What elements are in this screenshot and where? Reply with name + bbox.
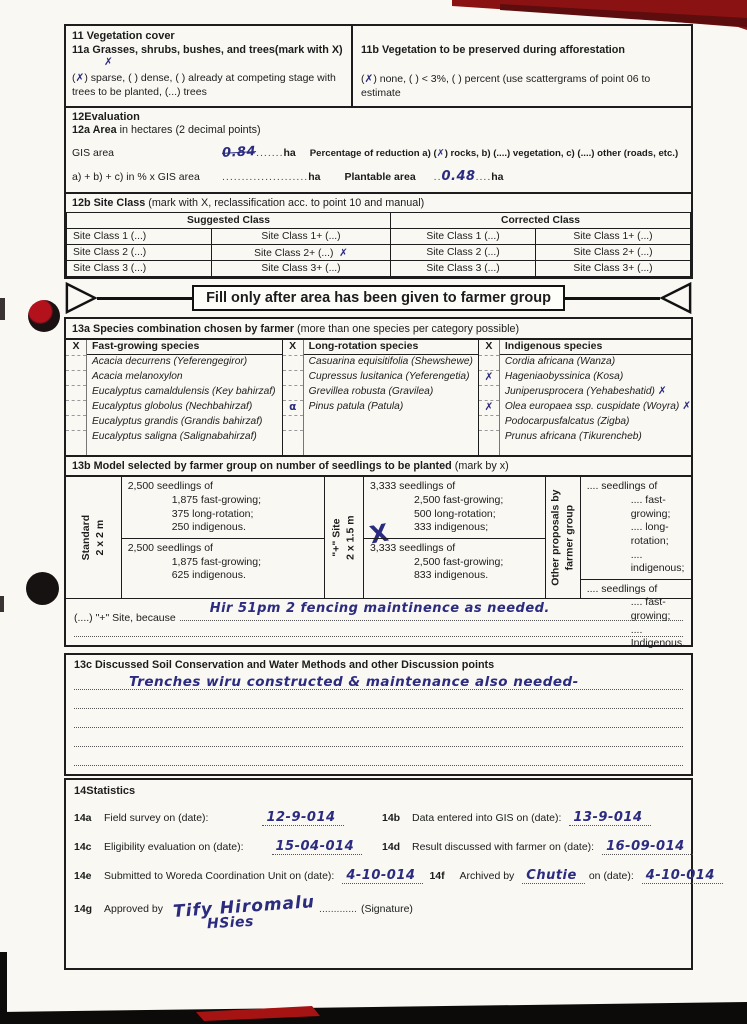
- standard-column-label: Standard2 x 2 m: [66, 477, 122, 598]
- species-row: Acacia decurrens (Yeferengegiror): [87, 355, 282, 370]
- model-line: .... seedlings of: [587, 583, 685, 597]
- species-row: Prunus africana (Tikurencheb): [500, 430, 691, 445]
- stats-row-ab: 14a Field survey on (date): 12-9-014 14b…: [74, 810, 683, 826]
- handwritten-date-14f: 4-10-014: [642, 868, 723, 884]
- site-class-cell: Site Class 1 (...): [391, 229, 536, 245]
- section-11-title: 11 Vegetation cover: [72, 30, 345, 42]
- indigenous-group: X ✗ ✗ Indigenous species Cordia africana…: [478, 340, 691, 455]
- x-column: X: [66, 340, 87, 455]
- species-row: Hageniaobyssinica (Kosa): [500, 370, 691, 385]
- section-12a-evaluation: 12Evaluation 12a Area in hectares (2 dec…: [66, 106, 691, 192]
- label-bold: 12a Area: [72, 124, 117, 136]
- site-class-cell: Site Class 3+ (...): [535, 261, 690, 277]
- gis-area-label: GIS area: [72, 147, 222, 159]
- species-name: Podocarpusfalcatus (Zigba): [505, 416, 630, 427]
- x-header: X: [283, 340, 303, 355]
- model-line: 375 long-rotation;: [128, 508, 318, 522]
- reduction-label-rest: ) rocks, b) (....) vegetation, c) (....)…: [445, 148, 678, 159]
- signature-block: Tify Hiromalu HSies: [173, 897, 315, 931]
- section-12-title: 12Evaluation: [72, 111, 685, 123]
- species-row: Eucalyptus grandis (Grandis bahirzaf): [87, 415, 282, 430]
- left-bottom-scan-strip: [0, 952, 7, 1024]
- section-11-vegetation-cover: 11 Vegetation cover 11a Grasses, shrubs,…: [66, 26, 691, 106]
- species-name: Eucalyptus globolus (Nechbahirzaf): [92, 401, 252, 412]
- afforestation-form: 11 Vegetation cover 11a Grasses, shrubs,…: [64, 24, 693, 970]
- other-proposals-cells: .... seedlings of .... fast-growing; ...…: [581, 477, 691, 598]
- species-table: X Fast-growing species Acacia decurrens …: [66, 338, 691, 455]
- reduction-line: Percentage of reduction a) (✗) rocks, b)…: [310, 148, 678, 159]
- x-header: X: [479, 340, 499, 355]
- model-line: 333 indigenous;: [370, 521, 539, 535]
- standard-model-cells: 2,500 seedlings of 1,875 fast-growing; 3…: [122, 477, 325, 598]
- species-mark: ✗: [484, 401, 493, 413]
- field-12b-label: 12b Site Class (mark with X, reclassific…: [66, 194, 691, 212]
- species-names: Indigenous species Cordia africana (Wanz…: [500, 340, 691, 455]
- species-name: Cupressus lusitanica (Yeferengetia): [309, 371, 470, 382]
- discussion-line-3: [74, 709, 683, 728]
- because-fill-line: Hir 51pm 2 fencing maintinence as needed…: [180, 605, 683, 621]
- site-class-cell: Site Class 3 (...): [391, 261, 536, 277]
- field-13a-label: 13a Species combination chosen by farmer…: [66, 319, 691, 338]
- discussion-line-2: [74, 690, 683, 709]
- x-cell: [283, 370, 303, 385]
- handwritten-signature-2: HSies: [207, 914, 255, 932]
- field-11a-options: (✗) sparse, ( ) dense, ( ) already at co…: [72, 71, 345, 99]
- model-line: 2,500 seedlings of: [128, 480, 318, 494]
- plus-site-model-cells: X 3,333 seedlings of 2,500 fast-growing;…: [364, 477, 546, 598]
- rot-label-line: 2 x 2 m: [93, 515, 107, 561]
- suggested-class-header: Suggested Class: [67, 213, 391, 229]
- stat-number: 14c: [74, 841, 104, 853]
- dotted-leader: ......................: [222, 171, 308, 183]
- corrected-class-header: Corrected Class: [391, 213, 691, 229]
- model-line: 2,500 fast-growing;: [370, 556, 539, 570]
- x-cell: [283, 430, 303, 445]
- site-class-label: Site Class 2+ (...): [254, 248, 333, 259]
- species-row: Casuarina equisitifolia (Shewshewe): [304, 355, 478, 370]
- stat-14a: 14a Field survey on (date): 12-9-014: [74, 810, 382, 826]
- discussion-line-5: [74, 747, 683, 766]
- table-header-row: Suggested Class Corrected Class: [67, 213, 691, 229]
- species-row: Eucalyptus globolus (Nechbahirzaf): [87, 400, 282, 415]
- handwritten-archived-by: Chutie: [522, 868, 585, 884]
- table-row: Site Class 2 (...) Site Class 2+ (...) ✗…: [67, 245, 691, 261]
- field-11b-label: 11b Vegetation to be preserved during af…: [361, 44, 683, 56]
- fast-growing-group: X Fast-growing species Acacia decurrens …: [66, 340, 282, 455]
- rot-label-line: Other proposals by: [549, 490, 563, 586]
- label-rest: in hectares (2 decimal points): [117, 124, 261, 136]
- banner-line-right: [565, 297, 660, 300]
- group-header: Indigenous species: [500, 340, 691, 355]
- table-row: Site Class 3 (...) Site Class 3+ (...) S…: [67, 261, 691, 277]
- stat-number: 14e: [74, 870, 104, 882]
- gis-area-row: GIS area 0.84 ....... ha Percentage of r…: [72, 145, 685, 160]
- plus-site-column-label: "+" Site2 x 1.5 m: [325, 477, 364, 598]
- x-cell: ✗: [479, 370, 499, 385]
- species-name: Eucalyptus camaldulensis (Key bahirzaf): [92, 386, 275, 397]
- section-13c-discussion: 13c Discussed Soil Conservation and Wate…: [64, 653, 693, 776]
- standard-model-top: 2,500 seedlings of 1,875 fast-growing; 3…: [122, 477, 324, 538]
- species-name: Olea europaea ssp. cuspidate (Woyra): [505, 401, 679, 412]
- section-11b: 11b Vegetation to be preserved during af…: [353, 26, 691, 106]
- stat-14c: 14c Eligibility evaluation on (date): 15…: [74, 839, 382, 855]
- stat-number: 14b: [382, 812, 412, 824]
- table-row: Site Class 1 (...) Site Class 1+ (...) S…: [67, 229, 691, 245]
- stat-label: Eligibility evaluation on (date):: [104, 841, 244, 853]
- species-name: Juniperusprocera (Yehabeshatid): [505, 386, 655, 397]
- handwritten-because-text: Hir 51pm 2 fencing maintinence as needed…: [210, 601, 550, 616]
- options-text: ) none, ( ) < 3%, ( ) percent (use scatt…: [361, 73, 650, 99]
- right-arrow-icon: [660, 282, 692, 314]
- plantable-area-label: Plantable area: [344, 171, 415, 183]
- plantable-area-unit: ha: [491, 171, 503, 183]
- gis-area-unit: ha: [284, 147, 296, 159]
- x-column: X ✗ ✗: [479, 340, 500, 455]
- stat-label: Field survey on (date):: [104, 812, 208, 824]
- model-line: 1,875 fast-growing;: [128, 556, 318, 570]
- abc-label: a) + b) + c) in % x GIS area: [72, 171, 222, 183]
- label-rest: (mark with X, reclassification acc. to p…: [145, 197, 424, 209]
- label-bold: 13a Species combination chosen by farmer: [72, 323, 294, 335]
- standard-model-bottom: 2,500 seedlings of 1,875 fast-growing; 6…: [122, 538, 324, 598]
- label-rest: (mark by x): [452, 460, 509, 472]
- left-edge-mark-2: [0, 596, 4, 612]
- species-name: Eucalyptus saligna (Salignabahirzaf): [92, 431, 257, 442]
- x-cell: [283, 415, 303, 430]
- section-14-title: 14Statistics: [74, 785, 683, 797]
- species-name: Prunus africana (Tikurencheb): [505, 431, 642, 442]
- other-proposals-top: .... seedlings of .... fast-growing; ...…: [581, 477, 691, 578]
- model-line: .... long-rotation;: [587, 521, 685, 548]
- handwritten-gis-area-value: 0.84: [222, 144, 257, 161]
- x-cell: ✗: [479, 400, 499, 415]
- banner-line-left: [97, 297, 192, 300]
- x-cell: [479, 415, 499, 430]
- x-cell: [66, 385, 86, 400]
- species-names: Fast-growing species Acacia decurrens (Y…: [87, 340, 282, 455]
- model-line: 2,500 fast-growing;: [370, 494, 539, 508]
- species-row: Juniperusprocera (Yehabeshatid) ✗: [500, 385, 691, 400]
- x-cell: α: [283, 400, 303, 415]
- handwritten-check-rocks: ✗: [437, 148, 445, 159]
- stat-label: on (date):: [589, 870, 634, 882]
- left-arrow-icon: [65, 282, 97, 314]
- site-class-cell: Site Class 2 (...): [391, 245, 536, 261]
- handwritten-date-14a: 12-9-014: [262, 810, 343, 826]
- discussion-line-1: Trenches wiru constructed & maintenance …: [74, 671, 683, 690]
- stat-number: 14a: [74, 812, 104, 824]
- handwritten-date-14b: 13-9-014: [569, 810, 650, 826]
- site-class-cell: Site Class 2 (...): [67, 245, 212, 261]
- field-11b-options: (✗) none, ( ) < 3%, ( ) percent (use sca…: [361, 72, 683, 100]
- seedling-model-table: Standard2 x 2 m 2,500 seedlings of 1,875…: [66, 475, 691, 599]
- model-line: 625 indigenous.: [128, 569, 318, 583]
- handwritten-x-site-class-2plus: ✗: [339, 247, 348, 259]
- species-mark: ✗: [484, 371, 493, 383]
- label-bold: 13b Model selected by farmer group on nu…: [72, 460, 452, 472]
- handwritten-date-14c: 15-04-014: [272, 839, 363, 855]
- section-13-box: 13a Species combination chosen by farmer…: [64, 317, 693, 647]
- model-line: .... Indigenous.: [587, 624, 685, 651]
- left-edge-mark-1: [0, 298, 5, 320]
- signature-suffix: (Signature): [361, 903, 413, 915]
- site-class-cell: Site Class 3 (...): [67, 261, 212, 277]
- species-row: Cupressus lusitanica (Yeferengetia): [304, 370, 478, 385]
- x-cell: [479, 385, 499, 400]
- species-row: Pinus patula (Patula): [304, 400, 478, 415]
- x-cell: [66, 400, 86, 415]
- plantable-area-row: a) + b) + c) in % x GIS area ...........…: [72, 169, 685, 184]
- field-13b-label: 13b Model selected by farmer group on nu…: [66, 455, 691, 475]
- species-row: Olea europaea ssp. cuspidate (Woyra) ✗: [500, 400, 691, 415]
- site-class-cell: Site Class 3+ (...): [211, 261, 390, 277]
- species-name: Cordia africana (Wanza): [505, 356, 615, 367]
- banner-text: Fill only after area has been given to f…: [192, 285, 565, 311]
- stat-label: Submitted to Woreda Coordination Unit on…: [104, 870, 334, 882]
- x-cell: [66, 415, 86, 430]
- species-row: Podocarpusfalcatus (Zigba): [500, 415, 691, 430]
- hole-punch-bottom: [26, 572, 59, 605]
- bottom-red-scan-patch: [196, 1006, 320, 1021]
- dotted-leader: ..: [434, 171, 442, 183]
- rot-label-line: 2 x 1.5 m: [344, 516, 358, 560]
- species-name: Acacia melanoxylon: [92, 371, 183, 382]
- abc-unit: ha: [308, 171, 320, 183]
- x-cell: [479, 430, 499, 445]
- dotted-leader: .............: [319, 903, 357, 915]
- stat-label: Data entered into GIS on (date):: [412, 812, 561, 824]
- discussion-line-4: [74, 728, 683, 747]
- field-13c-label: 13c Discussed Soil Conservation and Wate…: [74, 659, 683, 671]
- handwritten-x-mark-11a: ✗: [104, 56, 113, 68]
- stat-number: 14d: [382, 841, 412, 853]
- because-label: (....) "+" Site, because: [74, 612, 176, 624]
- stats-row-cd: 14c Eligibility evaluation on (date): 15…: [74, 839, 683, 855]
- stat-14b: 14b Data entered into GIS on (date): 13-…: [382, 810, 683, 826]
- scanned-form-page: 11 Vegetation cover 11a Grasses, shrubs,…: [0, 0, 747, 1024]
- stat-number: 14g: [74, 903, 104, 915]
- stat-label: Archived by: [459, 870, 514, 882]
- options-text: ) sparse, ( ) dense, ( ) already at comp…: [72, 72, 336, 98]
- long-rotation-group: X α Long-rotation species Casuarina equi…: [282, 340, 478, 455]
- other-proposals-column-label: Other proposals byfarmer group: [546, 477, 581, 598]
- label-bold: 12b Site Class: [72, 197, 145, 209]
- section-11a: 11 Vegetation cover 11a Grasses, shrubs,…: [66, 26, 353, 106]
- species-name: Hageniaobyssinica (Kosa): [505, 371, 623, 382]
- dotted-leader: .......: [256, 147, 283, 159]
- x-cell: [283, 355, 303, 370]
- species-name: Acacia decurrens (Yeferengegiror): [92, 356, 247, 367]
- model-line: 250 indigenous.: [128, 521, 318, 535]
- species-mark: α: [289, 401, 296, 413]
- model-line: 833 indigenous.: [370, 569, 539, 583]
- banner-row: Fill only after area has been given to f…: [64, 279, 693, 317]
- plus-site-model-bottom: 3,333 seedlings of 2,500 fast-growing; 8…: [364, 538, 545, 598]
- species-name: Grevillea robusta (Gravilea): [309, 386, 434, 397]
- model-line: 2,500 seedlings of: [128, 542, 318, 556]
- site-class-cell: Site Class 2+ (...): [535, 245, 690, 261]
- section-11-12-box: 11 Vegetation cover 11a Grasses, shrubs,…: [64, 24, 693, 279]
- rot-label-line: farmer group: [563, 490, 577, 586]
- handwritten-check-none: ✗: [365, 73, 374, 85]
- site-class-table: Suggested Class Corrected Class Site Cla…: [66, 212, 691, 277]
- x-cell: [479, 355, 499, 370]
- stat-14d: 14d Result discussed with farmer on (dat…: [382, 839, 683, 855]
- stat-label: Approved by: [104, 903, 163, 915]
- handwritten-check-sparse: ✗: [76, 72, 85, 84]
- plus-site-model-top: X 3,333 seedlings of 2,500 fast-growing;…: [364, 477, 545, 538]
- model-line: .... seedlings of: [587, 480, 685, 494]
- model-line: 3,333 seedlings of: [370, 542, 539, 556]
- handwritten-date-14d: 16-09-014: [602, 839, 693, 855]
- species-row: Grevillea robusta (Gravilea): [304, 385, 478, 400]
- species-after-mark: ✗: [682, 400, 691, 412]
- stats-row-ef: 14e Submitted to Woreda Coordination Uni…: [74, 868, 683, 884]
- dotted-leader: ....: [476, 171, 492, 183]
- species-after-mark: ✗: [658, 385, 667, 397]
- x-cell: [283, 385, 303, 400]
- stat-label: Result discussed with farmer on (date):: [412, 841, 594, 853]
- species-row: Eucalyptus camaldulensis (Key bahirzaf): [87, 385, 282, 400]
- rot-label-line: Standard: [80, 515, 94, 561]
- species-row: Cordia africana (Wanza): [500, 355, 691, 370]
- handwritten-date-14e: 4-10-014: [342, 868, 423, 884]
- species-name: Eucalyptus grandis (Grandis bahirzaf): [92, 416, 262, 427]
- site-class-cell: Site Class 1+ (...): [535, 229, 690, 245]
- label-rest: (more than one species per category poss…: [294, 323, 519, 335]
- section-14-statistics: 14Statistics 14a Field survey on (date):…: [64, 778, 693, 970]
- species-row: [304, 430, 478, 445]
- species-names: Long-rotation species Casuarina equisiti…: [304, 340, 478, 455]
- stat-number: 14f: [429, 870, 459, 882]
- model-line: 500 long-rotation;: [370, 508, 539, 522]
- model-line: 3,333 seedlings of: [370, 480, 539, 494]
- rot-label-line: "+" Site: [330, 516, 344, 560]
- bottom-black-scan-band: [0, 1002, 747, 1024]
- species-row: Acacia melanoxylon: [87, 370, 282, 385]
- x-column: X α: [283, 340, 304, 455]
- species-row: Eucalyptus saligna (Salignabahirzaf): [87, 430, 282, 445]
- reduction-label: Percentage of reduction a) (: [310, 148, 437, 159]
- species-name: Pinus patula (Patula): [309, 401, 404, 412]
- handwritten-discussion-text: Trenches wiru constructed & maintenance …: [129, 674, 579, 690]
- model-line: 1,875 fast-growing;: [128, 494, 318, 508]
- field-12a-label: 12a Area in hectares (2 decimal points): [72, 124, 685, 136]
- x-cell: [66, 430, 86, 445]
- x-cell: [66, 355, 86, 370]
- hole-punch-top: [28, 300, 60, 332]
- section-12b-site-class: 12b Site Class (mark with X, reclassific…: [66, 192, 691, 277]
- handwritten-plantable-area-value: 0.48: [442, 169, 476, 184]
- site-class-cell: Site Class 1+ (...): [211, 229, 390, 245]
- group-header: Long-rotation species: [304, 340, 478, 355]
- group-header: Fast-growing species: [87, 340, 282, 355]
- x-cell: [66, 370, 86, 385]
- species-row: [304, 415, 478, 430]
- site-class-cell: Site Class 1 (...): [67, 229, 212, 245]
- stats-row-g: 14g Approved by Tify Hiromalu HSies ....…: [74, 897, 683, 931]
- site-class-cell-marked: Site Class 2+ (...) ✗: [211, 245, 390, 261]
- model-line: .... fast-growing;: [587, 494, 685, 521]
- species-name: Casuarina equisitifolia (Shewshewe): [309, 356, 473, 367]
- field-11a-label: 11a Grasses, shrubs, bushes, and trees(m…: [72, 44, 345, 56]
- x-header: X: [66, 340, 86, 355]
- model-line: .... indigenous;: [587, 549, 685, 576]
